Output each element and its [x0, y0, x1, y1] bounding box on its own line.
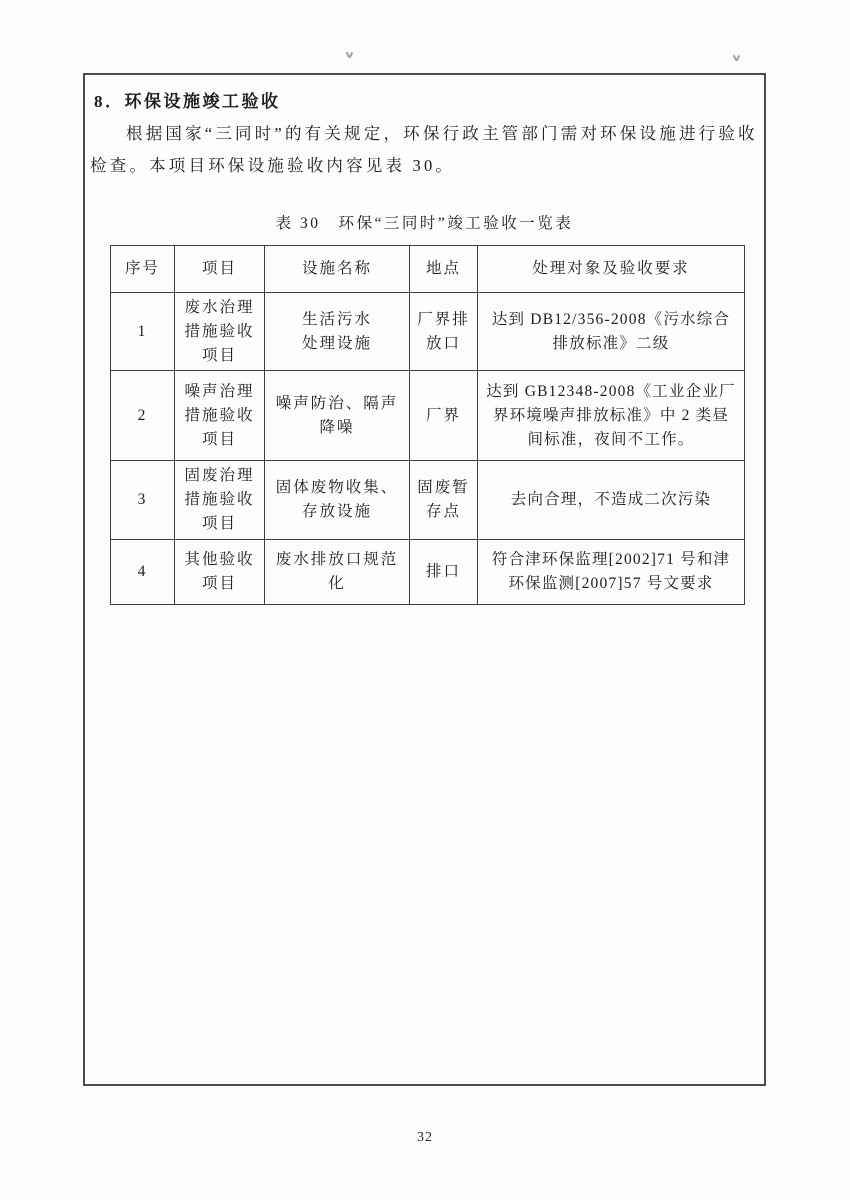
column-header-location: 地点	[410, 246, 478, 293]
scanned-document-page: { "page": { "heading": "8．环保设施竣工验收", "pa…	[0, 0, 850, 1200]
cell-project: 固废治理 措施验收 项目	[175, 461, 265, 540]
table-title: 表 30 环保“三同时”竣工验收一览表	[85, 211, 764, 233]
column-header-project: 项目	[175, 246, 265, 293]
page-border-frame: 8．环保设施竣工验收 根据国家“三同时”的有关规定，环保行政主管部门需对环保设施…	[83, 73, 766, 1086]
table-row: 2 噪声治理 措施验收 项目 噪声防治、隔声 降噪 厂界 达到 GB12348-…	[111, 371, 745, 461]
body-paragraph-line-1: 根据国家“三同时”的有关规定，环保行政主管部门需对环保设施进行验收	[90, 123, 760, 145]
cell-facility: 固体废物收集、 存放设施	[265, 461, 410, 540]
cell-project: 噪声治理 措施验收 项目	[175, 371, 265, 461]
cell-facility: 生活污水 处理设施	[265, 293, 410, 371]
section-heading: 8．环保设施竣工验收	[94, 87, 281, 112]
cell-project: 废水治理 措施验收 项目	[175, 293, 265, 371]
scan-artifact-mark	[346, 52, 353, 57]
cell-facility: 废水排放口规范 化	[265, 540, 410, 605]
cell-project: 其他验收 项目	[175, 540, 265, 605]
column-header-no: 序号	[111, 246, 175, 293]
cell-no: 2	[111, 371, 175, 461]
cell-location: 排口	[410, 540, 478, 605]
cell-no: 3	[111, 461, 175, 540]
cell-location: 厂界排 放口	[410, 293, 478, 371]
column-header-requirement: 处理对象及验收要求	[478, 246, 745, 293]
table-header-row: 序号 项目 设施名称 地点 处理对象及验收要求	[111, 246, 745, 293]
cell-requirement: 符合津环保监理[2002]71 号和津 环保监测[2007]57 号文要求	[478, 540, 745, 605]
table-row: 1 废水治理 措施验收 项目 生活污水 处理设施 厂界排 放口 达到 DB12/…	[111, 293, 745, 371]
cell-requirement: 达到 DB12/356-2008《污水综合 排放标准》二级	[478, 293, 745, 371]
cell-no: 4	[111, 540, 175, 605]
page-number: 32	[0, 1130, 850, 1146]
acceptance-table: 序号 项目 设施名称 地点 处理对象及验收要求 1 废水治理 措施验收 项目 生…	[110, 245, 745, 605]
cell-facility: 噪声防治、隔声 降噪	[265, 371, 410, 461]
cell-location: 厂界	[410, 371, 478, 461]
cell-no: 1	[111, 293, 175, 371]
column-header-facility: 设施名称	[265, 246, 410, 293]
table-row: 3 固废治理 措施验收 项目 固体废物收集、 存放设施 固废暂 存点 去向合理，…	[111, 461, 745, 540]
cell-location: 固废暂 存点	[410, 461, 478, 540]
cell-requirement: 达到 GB12348-2008《工业企业厂 界环境噪声排放标准》中 2 类昼 间…	[478, 371, 745, 461]
table-row: 4 其他验收 项目 废水排放口规范 化 排口 符合津环保监理[2002]71 号…	[111, 540, 745, 605]
body-paragraph-line-2: 检查。本项目环保设施验收内容见表 30。	[90, 155, 760, 177]
cell-requirement: 去向合理，不造成二次污染	[478, 461, 745, 540]
scan-artifact-mark	[733, 55, 740, 60]
